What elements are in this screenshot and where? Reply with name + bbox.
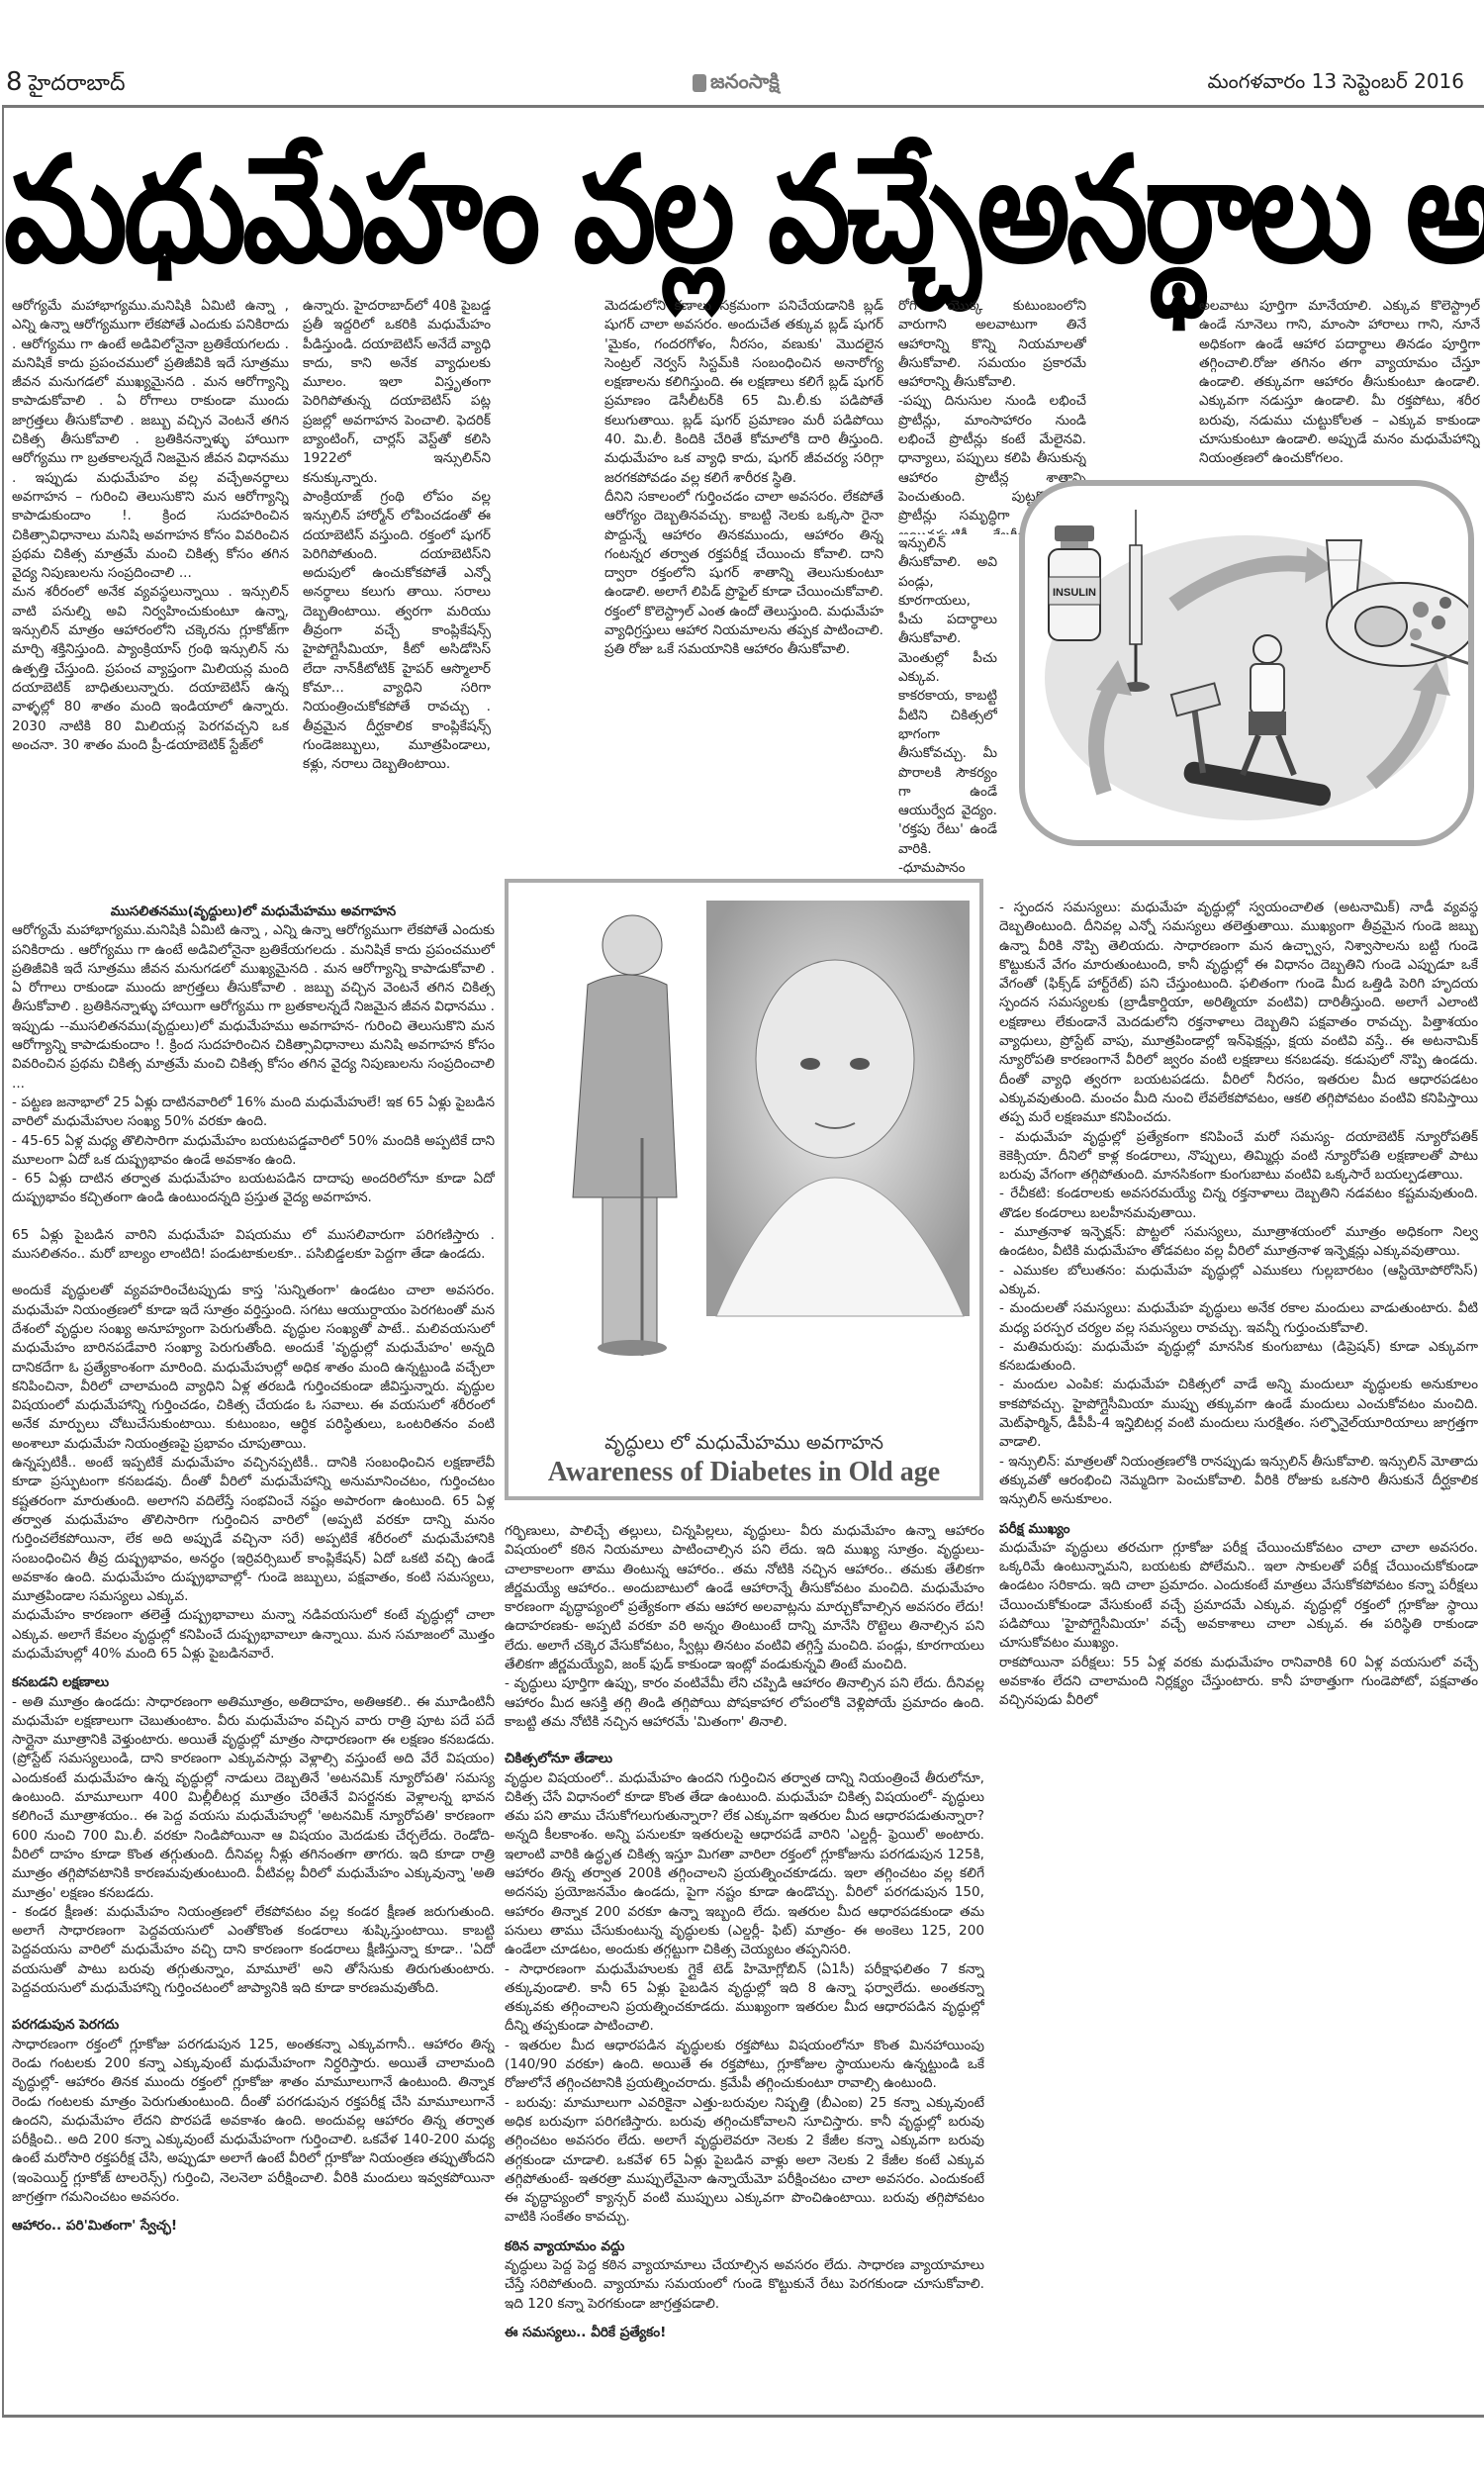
paragraph: ఉన్నారు. హైదరాబాద్‌లో 40కి పైబడ్డ ప్రతీ … [303, 297, 491, 488]
subheading-symptoms: కనబడని లక్షణాలు [12, 1673, 495, 1692]
page-folio: 8హైదరాబాద్ [6, 67, 126, 101]
masthead: 8హైదరాబాద్ జనంసాక్షి మంగళవారం 13 సెప్టెం… [0, 67, 1484, 103]
photo-area [518, 891, 970, 1437]
paragraph: ఆరోగ్యమే మహాభాగ్యము.మనిషికి ఏమిటి ఉన్నా … [12, 921, 495, 1094]
photo-caption-telugu: వృద్ధులు లో మధుమేహము అవగాహన [509, 1432, 979, 1459]
paragraph: రోగి యొక్క కుటుంబంలోని వారుగాని అలవాటుగా… [898, 297, 1086, 392]
paragraph: మెదడులోని కణాలు సక్రమంగా పనిచేయడానికి బ్… [604, 297, 883, 488]
page-headline: మధుమేహం వల్ల వచ్చేఅనర్థాలు అవగాహన [4, 117, 1480, 303]
paragraph: ఉన్నప్పటికీ.. అంటే ఇప్పటికే మధుమేహం వచ్చ… [12, 1454, 495, 1606]
paper-logo: జనంసాక్షి [693, 69, 780, 98]
logo-icon [693, 74, 706, 92]
paragraph: - మందులతో సమస్యలు: మధుమేహ వృద్ధులు అనేక … [999, 1299, 1478, 1338]
old-age-article-col-3: - స్పందన సమస్యలు: మధుమేహ వృద్ధుల్లో స్వయ… [999, 899, 1478, 2413]
top-article-narrow-col: ఇన్సులిన్ తీసుకోవాలి. అవి పండ్లు, కూరగాయ… [898, 534, 997, 876]
subheading-special-problems: ఈ సమస్యలు.. వీరికే ప్రత్యేకం! [505, 2324, 984, 2342]
paragraph: - మూత్రనాళ ఇన్ఫెక్షన్: పొట్టలో సమస్యలు, … [999, 1223, 1478, 1262]
top-article-col-2: ఉన్నారు. హైదరాబాద్‌లో 40కి పైబడ్డ ప్రతీ … [303, 297, 491, 876]
paragraph: అందుకే వృద్ధులతో వ్యవహరించేటప్పుడు కాస్త… [12, 1282, 495, 1454]
paragraph: మధుమేహ వృద్ధులు తరచుగా గ్లూకోజు పరీక్ష చ… [999, 1539, 1478, 1654]
paragraph: ఆరోగ్యమే మహాభాగ్యము.మనిషికి ఏమిటి ఉన్నా … [12, 297, 289, 583]
paragraph: అలవాటు పూర్తిగా మానేయాలి. ఎక్కువ కొలెస్ట… [1199, 297, 1480, 469]
subheading-testing: పరీక్ష ముఖ్యం [999, 1520, 1478, 1539]
subheading-exercise: కఠిన వ్యాయామం వద్దు [505, 2237, 984, 2256]
section-name: హైదరాబాద్ [29, 71, 126, 96]
photo-caption-english: Awareness of Diabetes in Old age [509, 1457, 979, 1488]
svg-text:INSULIN: INSULIN [1053, 587, 1096, 599]
syringe-icon [1122, 510, 1150, 692]
issue-date: మంగళవారం 13 సెప్టెంబర్ 2016 [1208, 69, 1465, 98]
insulin-vial-icon: INSULIN [1049, 525, 1100, 640]
section-heading: ముసలితనము(వృద్దులు)లో మధుమేహము అవగాహన [12, 903, 495, 921]
page-number: 8 [6, 67, 23, 97]
paragraph: - పట్టణ జనాభాలో 25 ఏళ్లు దాటినవారిలో 16%… [12, 1094, 495, 1132]
old-age-article-col-2: గర్భిణులు, పాలిచ్చే తల్లులు, చిన్నపిల్లల… [505, 1522, 984, 2413]
paragraph: దీనిని సకాలంలో గుర్తించడం చాలా అవసరం. లే… [604, 488, 883, 660]
old-age-photo-box: వృద్ధులు లో మధుమేహము అవగాహన Awareness of… [505, 879, 983, 1500]
top-article-col-3: మెదడులోని కణాలు సక్రమంగా పనిచేయడానికి బ్… [604, 297, 883, 876]
paragraph: - మందుల ఎంపిక: మధుమేహ చికిత్సలో వాడే అన్… [999, 1376, 1478, 1452]
paragraph: పాంక్రియాజ్ గ్రంథి లోపం వల్ల ఇన్సులిన్ హ… [303, 488, 491, 774]
paragraph: మధుమేహం కారణంగా తలెత్తే దుష్ప్రభావాలు మన… [12, 1606, 495, 1664]
paragraph: - అతి మూత్రం ఉండదు: సాధారణంగా అతిమూత్రం,… [12, 1693, 495, 1903]
standing-elderly-man-icon [573, 915, 677, 1356]
treadmill-runner-icon [1171, 635, 1333, 808]
paragraph: - బరువు: మామూలుగా ఎవరికైనా ఎత్తు-బరువుల … [505, 2094, 984, 2228]
arrow-icon [1096, 684, 1114, 793]
paragraph: 65 ఏళ్లు పైబడిన వారిని మధుమేహ విషయము లో … [12, 1226, 495, 1265]
top-article-col-5: అలవాటు పూర్తిగా మానేయాలి. ఎక్కువ కొలెస్ట… [1199, 297, 1480, 475]
cycle-illustration: INSULIN [1025, 486, 1474, 846]
paragraph: గర్భిణులు, పాలిచ్చే తల్లులు, చిన్నపిల్లల… [505, 1522, 984, 1674]
subheading-treatment: చికిత్సలోనూ తేడాలు [505, 1750, 984, 1768]
paragraph: - మధుమేహ వృద్ధుల్లో ప్రత్యేకంగా కనిపించే… [999, 1128, 1478, 1186]
paragraph: - ఇతరుల మీద ఆధారపడిన వృద్ధులకు రక్తపోటు … [505, 2037, 984, 2094]
top-article-col-1: ఆరోగ్యమే మహాభాగ్యము.మనిషికి ఏమిటి ఉన్నా … [12, 297, 289, 876]
food-plate-icon [1327, 583, 1474, 666]
elderly-people-illustration [518, 891, 970, 1435]
paragraph: - మతిమరుపు: మధుమేహ వృద్ధుల్లో మానసిక కుం… [999, 1338, 1478, 1377]
paragraph: రాకపోయినా పరీక్షలు: 55 ఏళ్ల వరకు మధుమేహం… [999, 1654, 1478, 1711]
paragraph: మన శరీరంలో అనేక వ్యవస్థలున్నాయి . ఇన్సుల… [12, 583, 289, 755]
paragraph: - వృద్ధులు పూర్తిగా ఉప్పు, కారం వంటివేమీ… [505, 1674, 984, 1732]
paper-name: జనంసాక్షి [710, 69, 780, 93]
paragraph: - ఎముకల బోలుతనం: మధుమేహ వృద్ధుల్లో ఎముకల… [999, 1262, 1478, 1300]
paragraph: - సాధారణంగా మధుమేహులకు గ్లైకే టెడ్ హిమోగ… [505, 1960, 984, 2037]
paragraph: - రేచీకటి: కండరాలకు అవసరమయ్యే చిన్న రక్త… [999, 1185, 1478, 1223]
paragraph: ఇన్సులిన్ తీసుకోవాలి. అవి పండ్లు, కూరగాయ… [898, 534, 997, 876]
arrow-icon [1371, 684, 1431, 783]
subheading-fasting: పరగడుపున పెరగదు [12, 2016, 495, 2035]
paragraph: - ఇన్సులిన్: మాత్రలతో నియంత్రణలోకి రానప్… [999, 1453, 1478, 1510]
paragraph: - స్పందన సమస్యలు: మధుమేహ వృద్ధుల్లో స్వయ… [999, 899, 1478, 1128]
subheading-food: ఆహారం.. పరి'మితంగా' స్వేచ్ఛ! [12, 2217, 495, 2236]
paragraph: - కండర క్షీణత: మధుమేహం నియంత్రణలో లేకపోవ… [12, 1903, 495, 1998]
paragraph: సాధారణంగా రక్తంలో గ్లూకోజు పరగడుపున 125,… [12, 2036, 495, 2208]
paragraph: వృద్ధులు పెద్ద పెద్ద కఠిన వ్యాయామాలు చేయ… [505, 2256, 984, 2314]
arrow-icon [1173, 563, 1312, 605]
paragraph: - 65 ఏళ్లు దాటిన తర్వాత మధుమేహం బయటపడిన … [12, 1170, 495, 1208]
paragraph: వృద్ధుల విషయంలో.. మధుమేహం ఉందని గుర్తించ… [505, 1769, 984, 1960]
paragraph: - 45-65 ఏళ్ల మధ్య తొలిసారిగా మధుమేహం బయట… [12, 1132, 495, 1171]
diabetes-management-graphic: INSULIN [1019, 480, 1474, 846]
old-age-article-col-1: ముసలితనము(వృద్దులు)లో మధుమేహము అవగాహన ఆర… [12, 903, 495, 2407]
